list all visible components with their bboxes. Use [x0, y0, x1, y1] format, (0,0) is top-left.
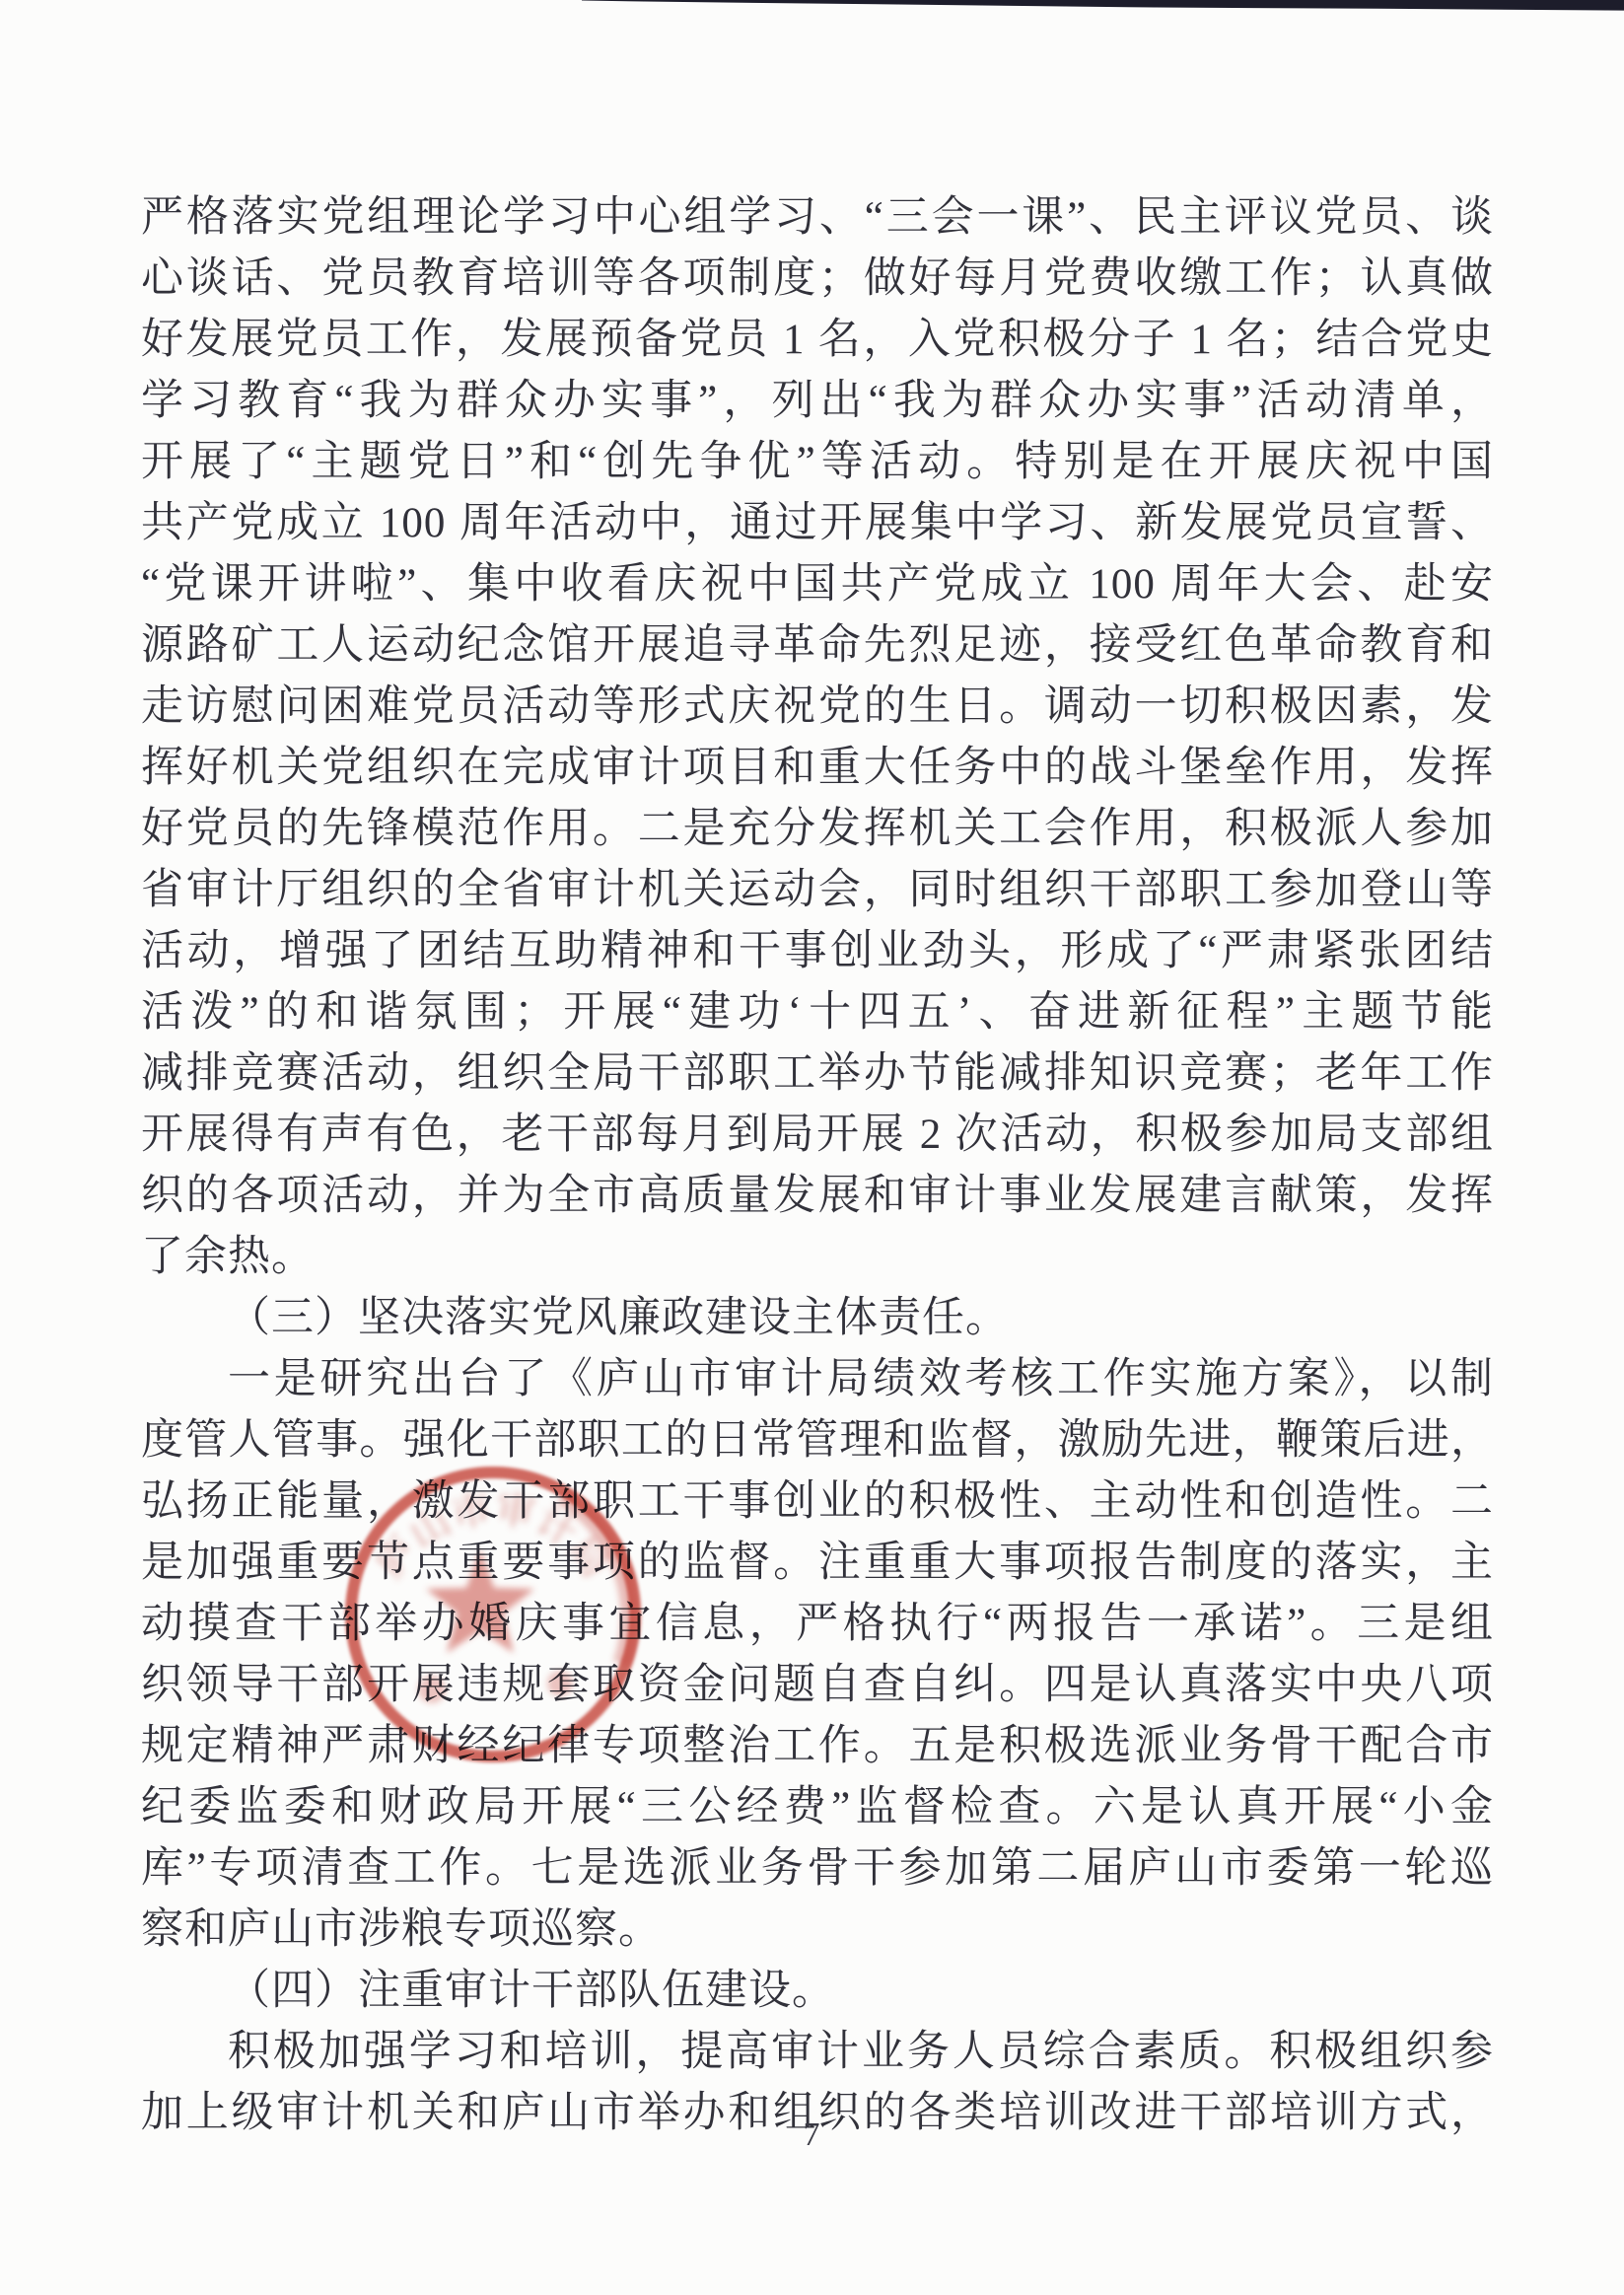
text-line: 好党员的先锋模范作用。二是充分发挥机关工会作用，积极派人参加 — [141, 799, 1494, 860]
text-line: 活动，增强了团结互助精神和干事创业劲头，形成了“严肃紧张团结 — [141, 921, 1494, 982]
text-line: “党课开讲啦”、集中收看庆祝中国共产党成立 100 周年大会、赴安 — [141, 554, 1494, 615]
scanned-document-page: 严格落实党组理论学习中心组学习、“三会一课”、民主评议党员、谈心谈话、党员教育培… — [0, 0, 1624, 2295]
text-line: 纪委监委和财政局开展“三公经费”监督检查。六是认真开展“小金 — [141, 1777, 1494, 1838]
text-line: 了余热。 — [141, 1227, 1494, 1288]
text-line: 走访慰问困难党员活动等形式庆祝党的生日。调动一切积极因素，发 — [141, 677, 1494, 738]
scan-artifact-top-edge — [582, 0, 1624, 13]
text-line: 源路矿工人运动纪念馆开展追寻革命先烈足迹，接受红色革命教育和 — [141, 615, 1494, 677]
text-line: 开展得有声有色，老干部每月到局开展 2 次活动，积极参加局支部组 — [141, 1105, 1494, 1166]
text-line: 动摸查干部举办婚庆事宜信息，严格执行“两报告一承诺”。三是组 — [141, 1594, 1494, 1655]
text-line: （四）注重审计干部队伍建设。 — [141, 1961, 1494, 2022]
text-line: 察和庐山市涉粮专项巡察。 — [141, 1900, 1494, 1961]
text-line: 度管人管事。强化干部职工的日常管理和监督，激励先进，鞭策后进， — [141, 1410, 1494, 1471]
text-line: 挥好机关党组织在完成审计项目和重大任务中的战斗堡垒作用，发挥 — [141, 738, 1494, 799]
text-line: 规定精神严肃财经纪律专项整治工作。五是积极选派业务骨干配合市 — [141, 1716, 1494, 1777]
text-line: 库”专项清查工作。七是选派业务骨干参加第二届庐山市委第一轮巡 — [141, 1838, 1494, 1900]
text-line: 活泼”的和谐氛围；开展“建功‘十四五’、奋进新征程”主题节能 — [141, 982, 1494, 1043]
text-line: 心谈话、党员教育培训等各项制度；做好每月党费收缴工作；认真做 — [141, 249, 1494, 310]
document-body: 严格落实党组理论学习中心组学习、“三会一课”、民主评议党员、谈心谈话、党员教育培… — [141, 187, 1494, 2144]
text-line: 学习教育“我为群众办实事”，列出“我为群众办实事”活动清单， — [141, 371, 1494, 432]
text-line: 开展了“主题党日”和“创先争优”等活动。特别是在开展庆祝中国 — [141, 432, 1494, 493]
text-line: 积极加强学习和培训，提高审计业务人员综合素质。积极组织参 — [141, 2022, 1494, 2083]
text-line: 共产党成立 100 周年活动中，通过开展集中学习、新发展党员宣誓、 — [141, 493, 1494, 554]
text-line: 是加强重要节点重要事项的监督。注重重大事项报告制度的落实，主 — [141, 1533, 1494, 1594]
text-line: 严格落实党组理论学习中心组学习、“三会一课”、民主评议党员、谈 — [141, 187, 1494, 249]
text-line: 织领导干部开展违规套取资金问题自查自纠。四是认真落实中央八项 — [141, 1655, 1494, 1716]
text-line: （三）坚决落实党风廉政建设主体责任。 — [141, 1288, 1494, 1349]
text-line: 弘扬正能量，激发干部职工干事创业的积极性、主动性和创造性。二 — [141, 1471, 1494, 1533]
text-line: 织的各项活动，并为全市高质量发展和审计事业发展建言献策，发挥 — [141, 1166, 1494, 1227]
text-line: 好发展党员工作，发展预备党员 1 名，入党积极分子 1 名；结合党史 — [141, 310, 1494, 371]
text-line: 减排竞赛活动，组织全局干部职工举办节能减排知识竞赛；老年工作 — [141, 1043, 1494, 1105]
text-line: 省审计厅组织的全省审计机关运动会，同时组织干部职工参加登山等 — [141, 860, 1494, 921]
text-line: 一是研究出台了《庐山市审计局绩效考核工作实施方案》，以制 — [141, 1349, 1494, 1410]
page-number: 7 — [0, 2116, 1624, 2154]
